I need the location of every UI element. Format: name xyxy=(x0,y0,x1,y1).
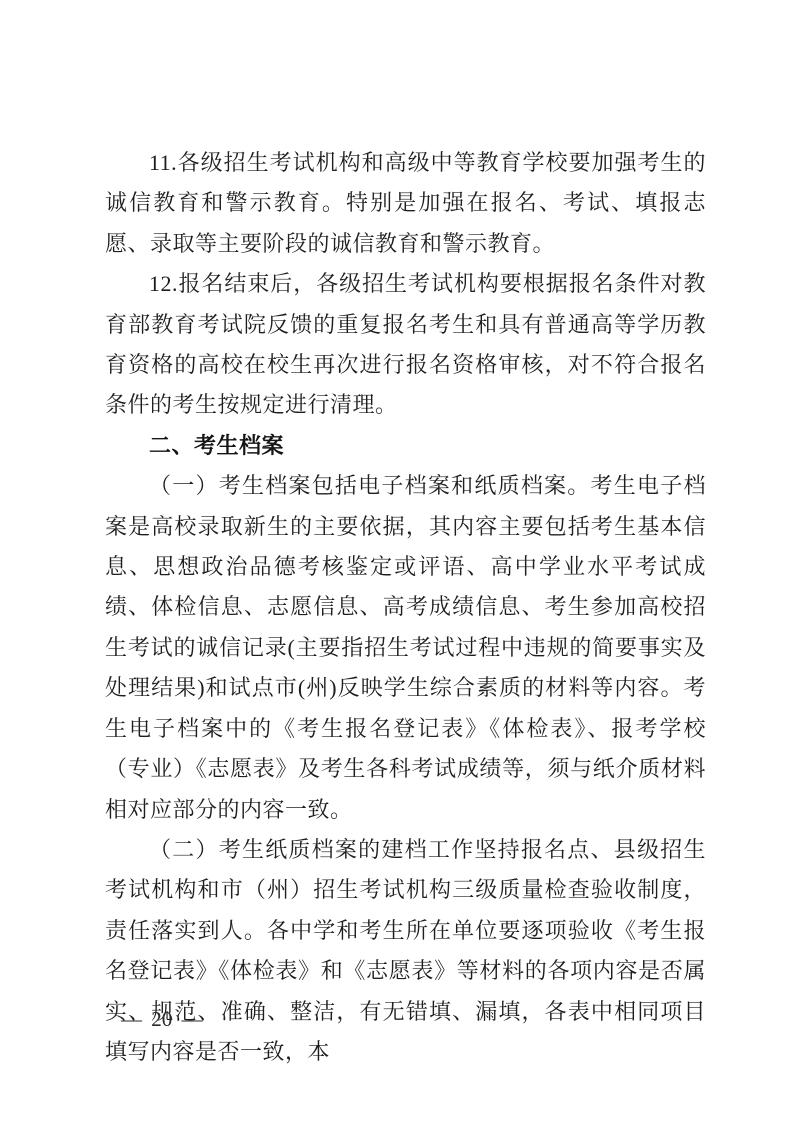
paragraph-item-11: 11.各级招生考试机构和高级中等教育学校要加强考生的诚信教育和警示教育。特别是加… xyxy=(105,143,706,264)
document-body: 11.各级招生考试机构和高级中等教育学校要加强考生的诚信教育和警示教育。特别是加… xyxy=(105,143,706,1072)
page-number: — 20 — xyxy=(121,1004,203,1034)
paragraph-item-12: 12.报名结束后，各级招生考试机构要根据报名条件对教育部教育考试院反馈的重复报名… xyxy=(105,264,706,426)
paragraph-archives-1: （一）考生档案包括电子档案和纸质档案。考生电子档案是高校录取新生的主要依据，其内… xyxy=(105,466,706,830)
document-page: 11.各级招生考试机构和高级中等教育学校要加强考生的诚信教育和警示教育。特别是加… xyxy=(0,0,800,1131)
section-heading-examinee-archives: 二、考生档案 xyxy=(105,426,706,466)
paragraph-archives-2: （二）考生纸质档案的建档工作坚持报名点、县级招生考试机构和市（州）招生考试机构三… xyxy=(105,830,706,1072)
